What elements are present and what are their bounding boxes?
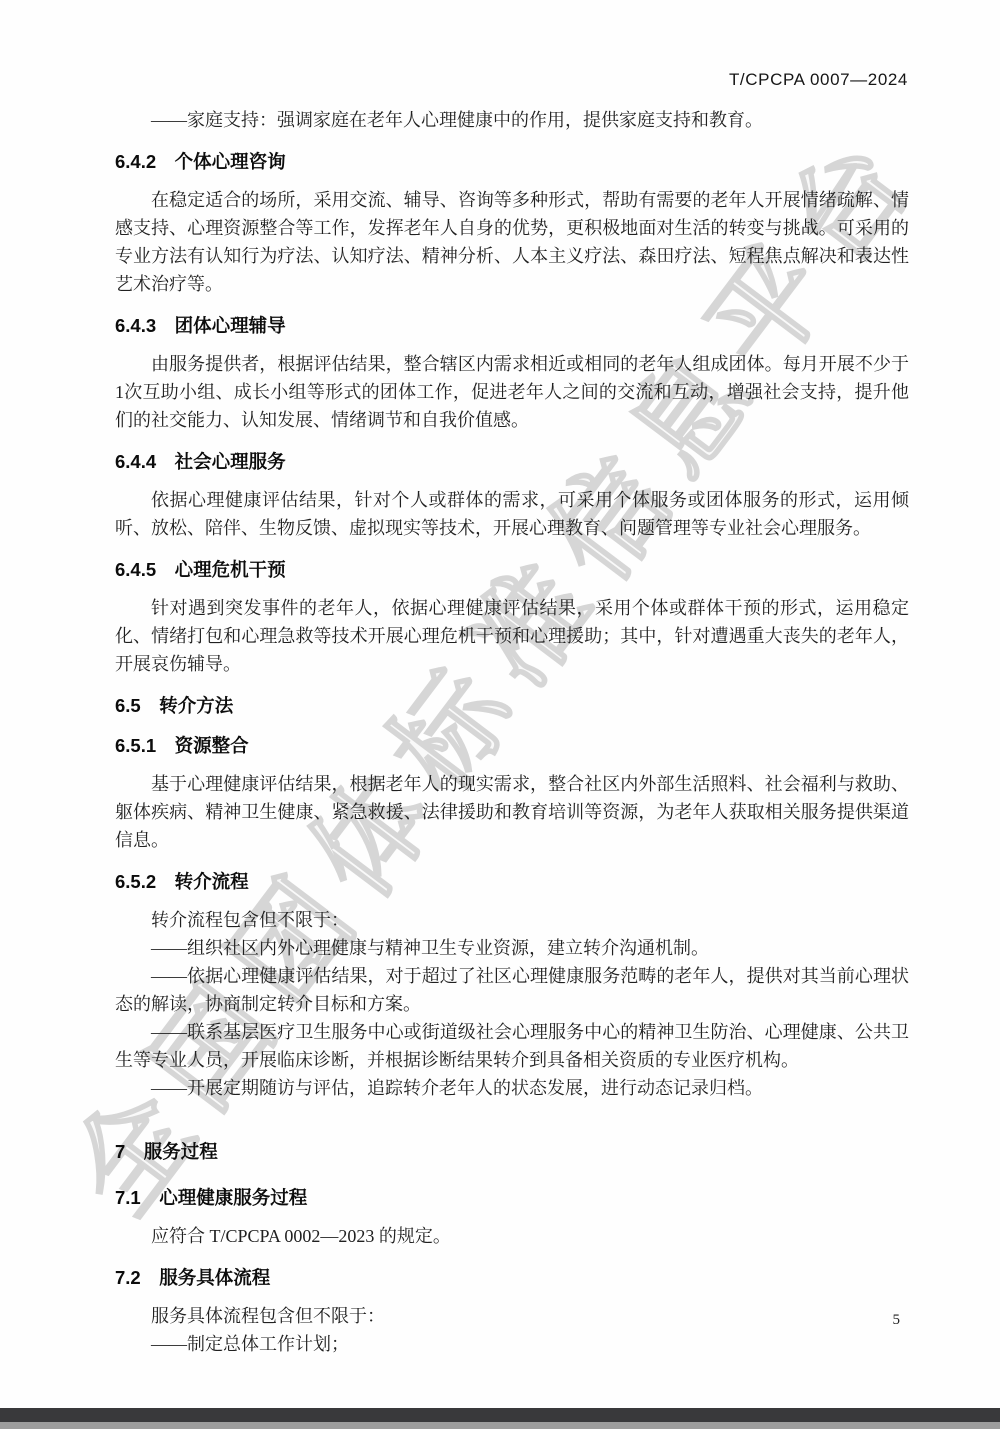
section-title: 团体心理辅导 — [175, 315, 286, 336]
section-title: 心理健康服务过程 — [159, 1187, 307, 1208]
section-number: 6.4.2 — [115, 151, 156, 172]
heading-6-4-4: 6.4.4社会心理服务 — [115, 448, 909, 474]
dash-item-referral-1: ——组织社区内外心理健康与精神卫生专业资源，建立转介沟通机制。 — [115, 934, 909, 962]
section-number: 7.1 — [115, 1187, 141, 1208]
paragraph-6-4-2: 在稳定适合的场所，采用交流、辅导、咨询等多种形式，帮助有需要的老年人开展情绪疏解… — [115, 186, 909, 298]
heading-6-5-1: 6.5.1资源整合 — [115, 732, 909, 758]
paragraph-6-5-2-intro: 转介流程包含但不限于： — [115, 906, 909, 934]
dash-item-family-support: ——家庭支持：强调家庭在老年人心理健康中的作用，提供家庭支持和教育。 — [115, 106, 909, 134]
section-number: 7.2 — [115, 1267, 141, 1288]
doc-number-header: T/CPCPA 0007—2024 — [729, 70, 908, 90]
scan-artifact-bar-light — [0, 1422, 1000, 1429]
dash-item-referral-4: ——开展定期随访与评估，追踪转介老年人的状态发展，进行动态记录归档。 — [115, 1074, 909, 1102]
heading-6-4-3: 6.4.3团体心理辅导 — [115, 312, 909, 338]
heading-7: 7服务过程 — [115, 1138, 909, 1164]
heading-7-2: 7.2服务具体流程 — [115, 1264, 909, 1290]
section-title: 社会心理服务 — [175, 451, 286, 472]
paragraph-6-4-4: 依据心理健康评估结果，针对个人或群体的需求，可采用个体服务或团体服务的形式，运用… — [115, 486, 909, 542]
paragraph-7-2-intro: 服务具体流程包含但不限于： — [115, 1302, 909, 1330]
paragraph-6-5-1: 基于心理健康评估结果，根据老年人的现实需求，整合社区内外部生活照料、社会福利与救… — [115, 770, 909, 854]
chapter-number: 7 — [115, 1141, 125, 1162]
dash-item-referral-3: ——联系基层医疗卫生服务中心或街道级社会心理服务中心的精神卫生防治、心理健康、公… — [115, 1018, 909, 1074]
scan-artifact-bar — [0, 1408, 1000, 1422]
dash-item-referral-2: ——依据心理健康评估结果，对于超过了社区心理健康服务范畴的老年人，提供对其当前心… — [115, 962, 909, 1018]
section-number: 6.5.1 — [115, 735, 156, 756]
heading-6-4-5: 6.4.5心理危机干预 — [115, 556, 909, 582]
page-content: ——家庭支持：强调家庭在老年人心理健康中的作用，提供家庭支持和教育。 6.4.2… — [115, 106, 909, 1358]
heading-6-5-2: 6.5.2转介流程 — [115, 868, 909, 894]
paragraph-7-1: 应符合 T/CPCPA 0002—2023 的规定。 — [115, 1222, 909, 1250]
heading-6-4-2: 6.4.2个体心理咨询 — [115, 148, 909, 174]
paragraph-6-4-5: 针对遇到突发事件的老年人，依据心理健康评估结果，采用个体或群体干预的形式，运用稳… — [115, 594, 909, 678]
section-title: 服务具体流程 — [159, 1267, 270, 1288]
chapter-title: 服务过程 — [144, 1141, 218, 1162]
dash-item-workplan: ——制定总体工作计划； — [115, 1330, 909, 1358]
section-number: 6.4.3 — [115, 315, 156, 336]
section-title: 转介流程 — [175, 871, 249, 892]
section-title: 资源整合 — [175, 735, 249, 756]
section-number: 6.5 — [115, 695, 141, 716]
document-page: 全国团体标准信息平台 T/CPCPA 0007—2024 ——家庭支持：强调家庭… — [0, 0, 1000, 1429]
section-number: 6.4.4 — [115, 451, 156, 472]
section-title: 个体心理咨询 — [175, 151, 286, 172]
section-number: 6.4.5 — [115, 559, 156, 580]
section-number: 6.5.2 — [115, 871, 156, 892]
heading-7-1: 7.1心理健康服务过程 — [115, 1184, 909, 1210]
heading-6-5: 6.5转介方法 — [115, 692, 909, 718]
section-title: 转介方法 — [159, 695, 233, 716]
paragraph-6-4-3: 由服务提供者，根据评估结果，整合辖区内需求相近或相同的老年人组成团体。每月开展不… — [115, 350, 909, 434]
section-title: 心理危机干预 — [175, 559, 286, 580]
